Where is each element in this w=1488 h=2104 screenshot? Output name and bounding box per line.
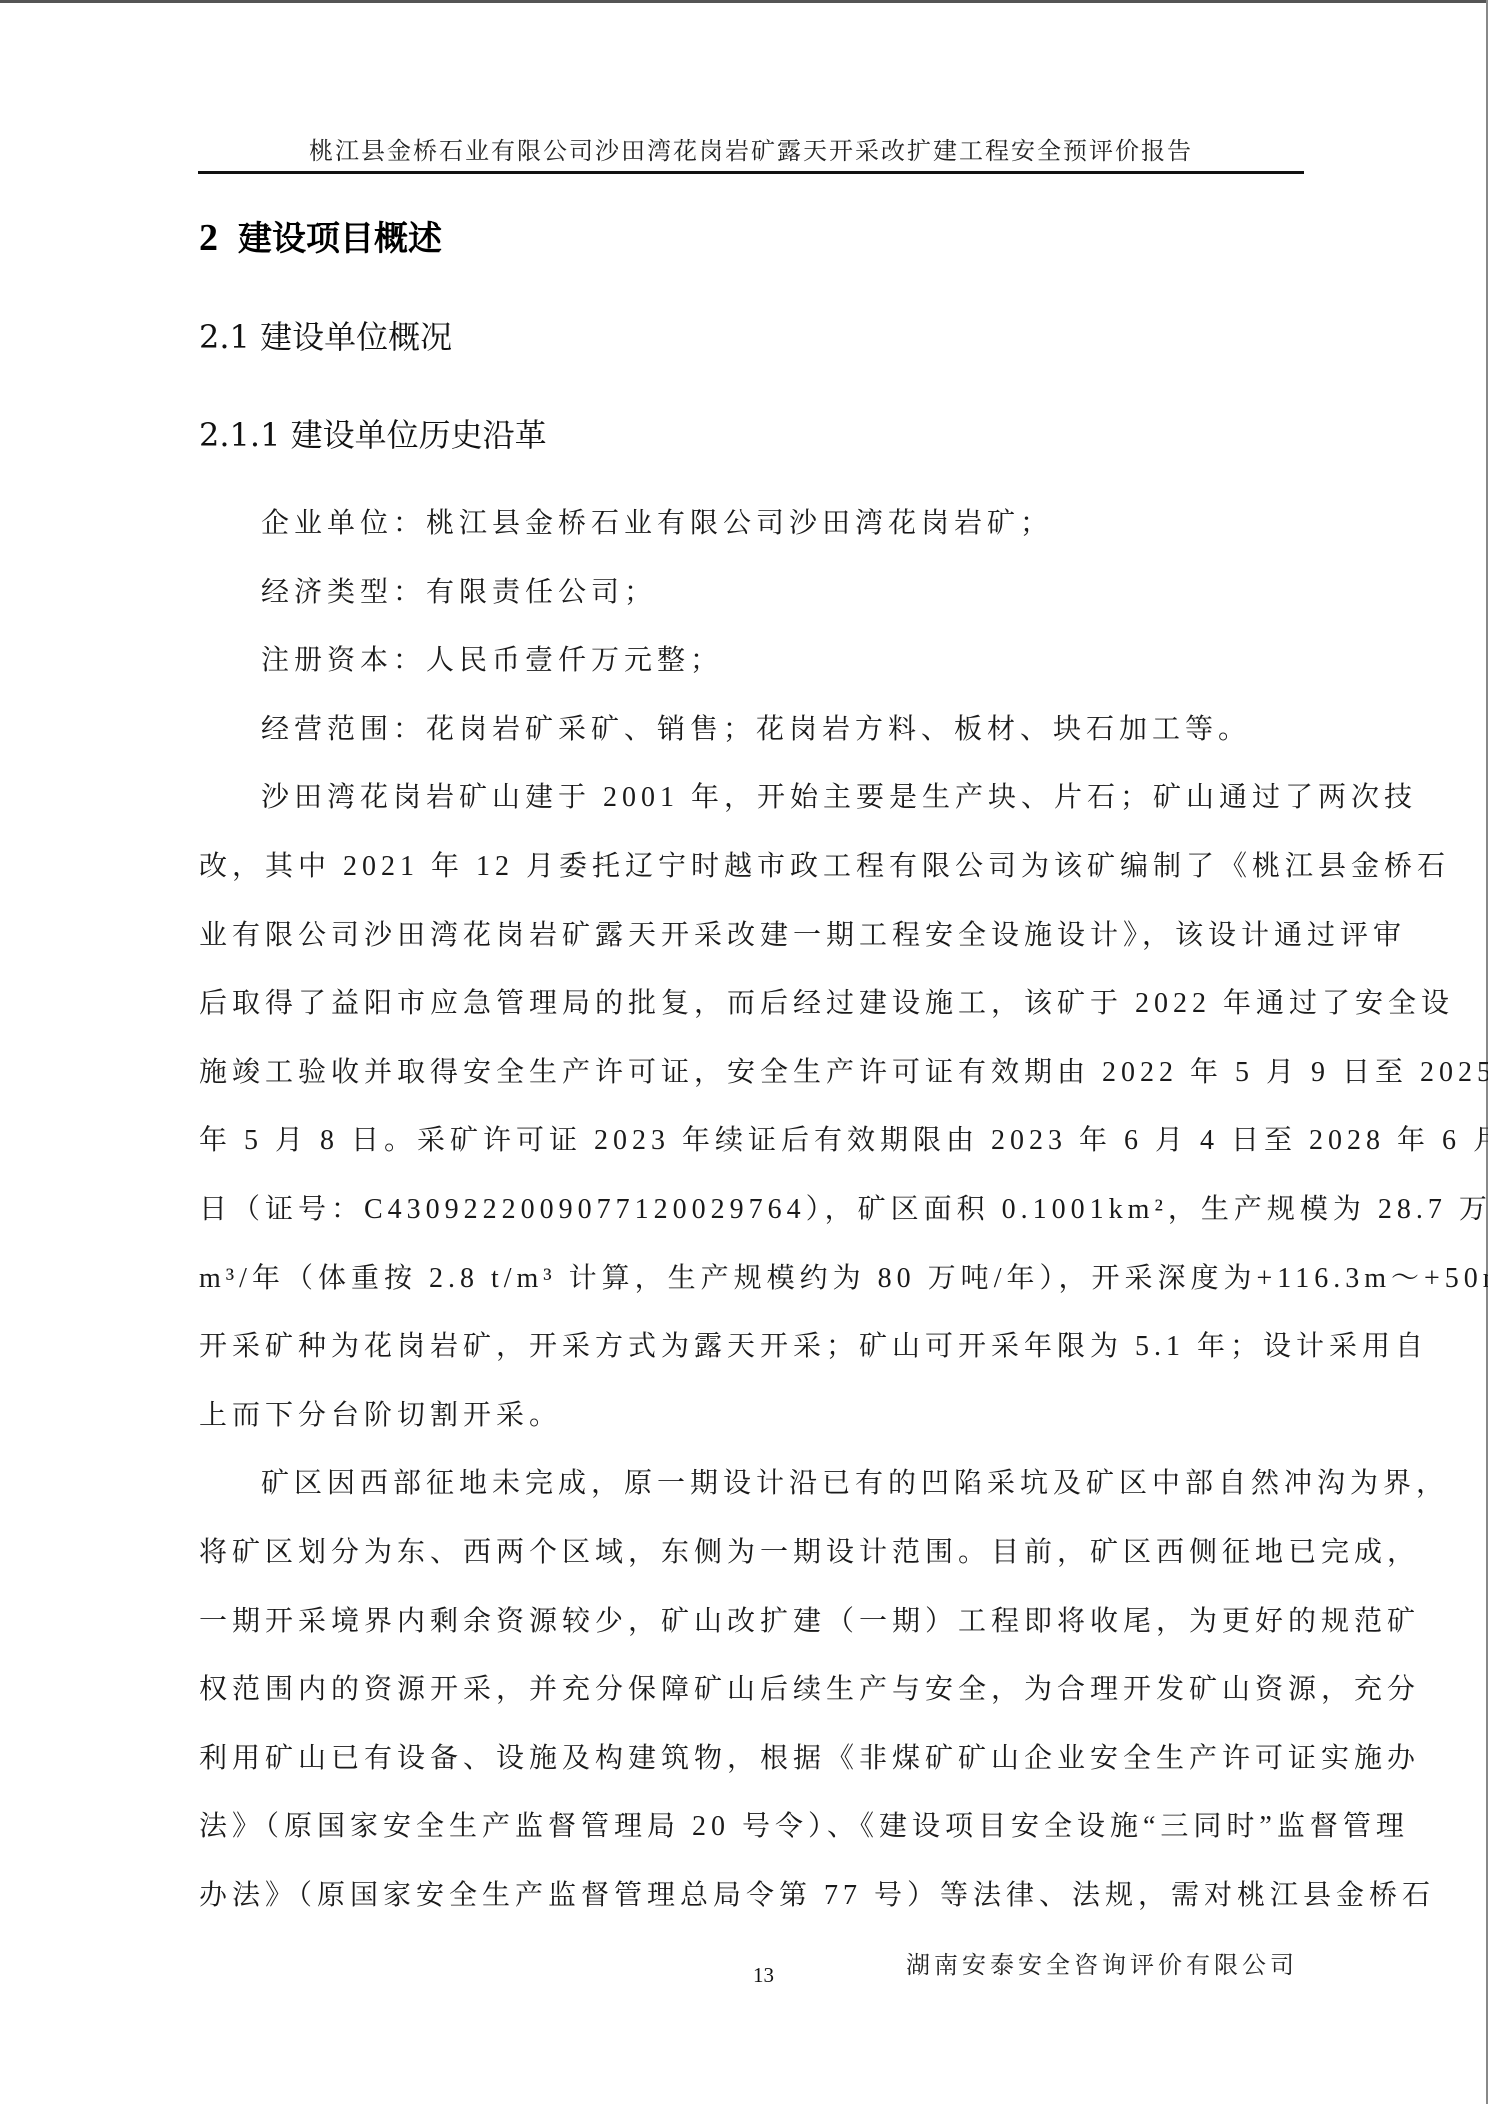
text-line: 上而下分台阶切割开采。 — [199, 1396, 1303, 1465]
text-line: 企业单位：桃江县金桥石业有限公司沙田湾花岗岩矿； — [199, 504, 1303, 573]
footer-company-name: 湖南安泰安全咨询评价有限公司 — [906, 1950, 1298, 1980]
page-number: 13 — [753, 1963, 774, 1987]
text-line: 改，其中 2021 年 12 月委托辽宁时越市政工程有限公司为该矿编制了《桃江县… — [199, 847, 1303, 916]
text-line: 经济类型：有限责任公司； — [199, 573, 1303, 642]
text-line: 注册资本：人民币壹仟万元整； — [199, 641, 1303, 710]
text-line: 矿区因西部征地未完成，原一期设计沿已有的凹陷采坑及矿区中部自然冲沟为界， — [199, 1464, 1303, 1533]
subsection-heading: 2.1.1 建设单位历史沿革 — [199, 415, 547, 455]
body-text: 企业单位：桃江县金桥石业有限公司沙田湾花岗岩矿； 经济类型：有限责任公司； 注册… — [199, 504, 1303, 1944]
chapter-number: 2 — [199, 217, 218, 259]
text-line: m³/年（体重按 2.8 t/m³ 计算，生产规模约为 80 万吨/年），开采深… — [199, 1259, 1303, 1328]
text-line: 利用矿山已有设备、设施及构建筑物，根据《非煤矿矿山企业安全生产许可证实施办 — [199, 1739, 1303, 1808]
text-line: 沙田湾花岗岩矿山建于 2001 年，开始主要是生产块、片石；矿山通过了两次技 — [199, 778, 1303, 847]
chapter-title: 建设项目概述 — [238, 219, 442, 259]
text-line: 经营范围：花岗岩矿采矿、销售；花岗岩方料、板材、块石加工等。 — [199, 710, 1303, 779]
text-line: 后取得了益阳市应急管理局的批复，而后经过建设施工，该矿于 2022 年通过了安全… — [199, 984, 1303, 1053]
text-line: 施竣工验收并取得安全生产许可证，安全生产许可证有效期由 2022 年 5 月 9… — [199, 1053, 1303, 1122]
text-line: 年 5 月 8 日。采矿许可证 2023 年续证后有效期限由 2023 年 6 … — [199, 1121, 1303, 1190]
section-heading: 2.1 建设单位概况 — [199, 317, 452, 357]
text-line: 法》（原国家安全生产监督管理局 20 号令）、《建设项目安全设施“三同时”监督管… — [199, 1807, 1303, 1876]
page-top-border — [0, 0, 1488, 3]
text-line: 日（证号：C4309222009077120029764），矿区面积 0.100… — [199, 1190, 1303, 1259]
text-line: 权范围内的资源开采，并充分保障矿山后续生产与安全，为合理开发矿山资源，充分 — [199, 1670, 1303, 1739]
text-line: 一期开采境界内剩余资源较少，矿山改扩建（一期）工程即将收尾，为更好的规范矿 — [199, 1602, 1303, 1671]
text-line: 开采矿种为花岗岩矿，开采方式为露天开采；矿山可开采年限为 5.1 年；设计采用自 — [199, 1327, 1303, 1396]
header-rule — [198, 171, 1304, 174]
text-line: 业有限公司沙田湾花岗岩矿露天开采改建一期工程安全设施设计》，该设计通过评审 — [199, 916, 1303, 985]
chapter-heading: 2建设项目概述 — [199, 218, 442, 259]
running-header: 桃江县金桥石业有限公司沙田湾花岗岩矿露天开采改扩建工程安全预评价报告 — [198, 136, 1304, 166]
text-line: 将矿区划分为东、西两个区域，东侧为一期设计范围。目前，矿区西侧征地已完成， — [199, 1533, 1303, 1602]
text-line: 办法》（原国家安全生产监督管理总局令第 77 号）等法律、法规，需对桃江县金桥石 — [199, 1876, 1303, 1945]
